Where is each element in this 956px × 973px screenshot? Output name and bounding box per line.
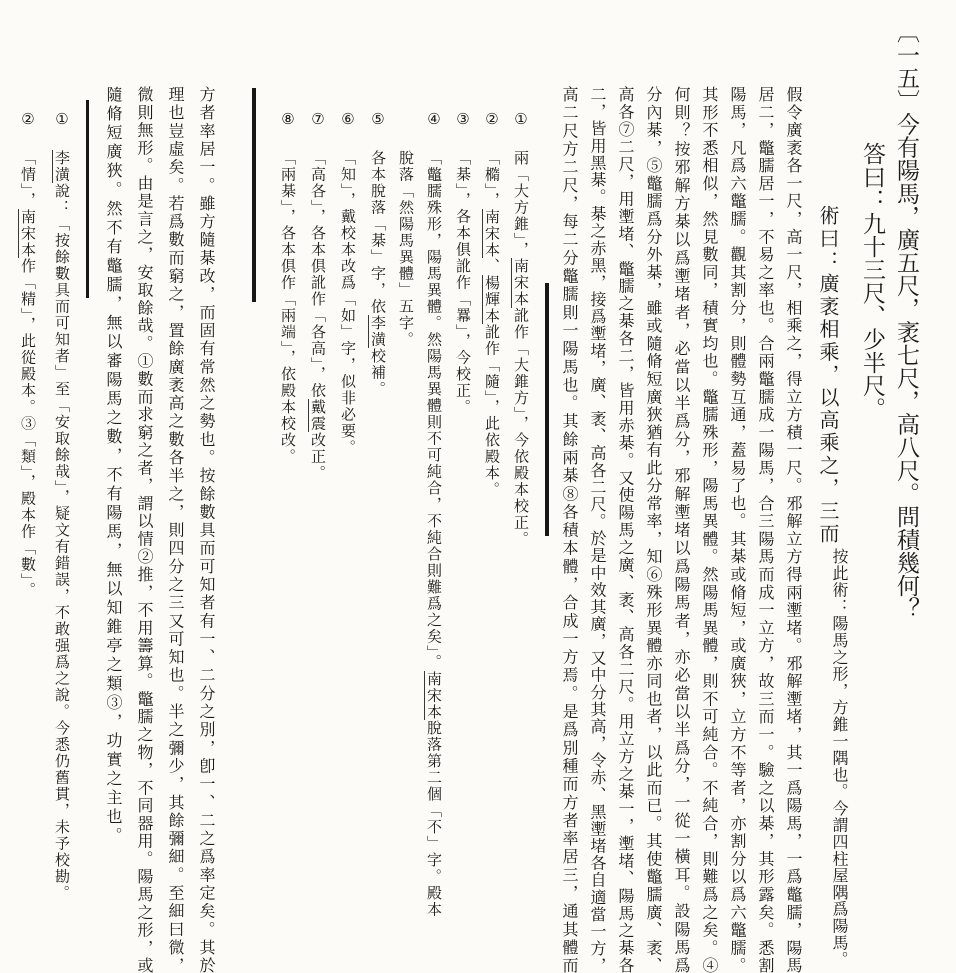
margin-note-2: ② 「情」，南宋本作「精」，此從殿本。③「類」，殿本作「數」。: [14, 108, 42, 599]
commentary-column-1: 假令廣袤各一尺，高一尺，相乘之，得立方積一尺。邪解立方得兩壍堵。邪解壍堵，其一爲…: [780, 86, 806, 973]
note-text: 「棊」，各本俱訛作「羃」，今校正。: [450, 150, 476, 416]
note-number-badge: ⑥: [334, 108, 362, 150]
note-text: 兩「大方錐」，南宋本訛作「大錐方」，今依殿本校正。: [508, 150, 534, 548]
collation-note-4-continued: 脫落「然陽馬異體」五字。: [392, 108, 420, 348]
commentary-column-7: 高各⑦二尺，用壍堵、鼈臑之棊各二，皆用赤棊。又使陽馬之廣、袤、高各二尺。用立方之…: [612, 86, 638, 973]
margin-note-1: ① 李潢說：「按餘數具而可知者」至「安取餘哉」，疑文有錯誤，不敢强爲之說。今悉仍…: [48, 108, 76, 902]
answer-column: 答曰：九十三尺、少半尺。: [852, 142, 892, 420]
note-number-badge: ①: [48, 108, 76, 150]
book-page: 〔一五〕今有陽馬，廣五尺，袤七尺，高八尺。問積幾何？ 答曰：九十三尺、少半尺。 …: [0, 0, 956, 973]
collation-note-1: ① 兩「大方錐」，南宋本訛作「大錐方」，今依殿本校正。: [507, 108, 535, 548]
commentary-column-9: 高二尺方二尺，每二分鼈臑則一陽馬也。其餘兩棊⑧各積本體，合成一方焉。是爲別種而方…: [556, 86, 582, 973]
collation-note-7: ⑦ 「高各」，各本俱訛作「各高」，依戴震改正。: [304, 108, 332, 482]
note-text: 各本脫落「棊」字，依李潢校補。: [365, 150, 391, 398]
note-number-badge: [392, 108, 420, 150]
note-number-badge: ②: [14, 108, 42, 150]
note-number-badge: ④: [420, 108, 448, 150]
note-number-badge: ①: [507, 108, 535, 150]
commentary-continuation-column-1: 方者率居一。雖方隨棊改，而固有常然之勢也。按餘數具而可知者有一、二分之別，卽一、…: [193, 86, 219, 973]
problem-statement-column: 〔一五〕今有陽馬，廣五尺，袤七尺，高八尺。問積幾何？: [886, 20, 926, 620]
collation-note-4: ④ 「鼈臑殊形，陽馬異體。然陽馬異體則不可純合，不純合則難爲之矣」。南宋本脫落第…: [420, 108, 448, 918]
collation-note-8: ⑧ 「兩棊」，各本俱作「兩端」，依殿本校改。: [274, 108, 302, 465]
collation-note-3: ③ 「棊」，各本俱訛作「羃」，今校正。: [449, 108, 477, 416]
commentary-column-6: 分內棊，⑤鼈臑爲分外棊，雖或隨脩短廣狹猶有此分常率，知⑥殊形異體亦同也者，以此而…: [640, 86, 666, 973]
commentary-continuation-column-3: 微則無形。由是言之，安取餘哉。①數而求窮之者，謂以情②推，不用籌算。鼈臑之物，不…: [131, 86, 157, 973]
note-number-badge: ⑧: [274, 108, 302, 150]
commentary-continuation-column-4: 隨脩短廣狹。然不有鼈臑，無以審陽馬之數，不有陽馬，無以知錐亭之類③，功實之主也。: [100, 86, 126, 973]
commentary-continuation-column-2: 理也豈虛矣。若爲數而窮之，置餘廣袤高之數各半之，則四分之三又可知也。半之彌少，其…: [162, 86, 188, 973]
divider-rule-middle: [252, 88, 256, 302]
commentary-column-8: 二，皆用黑棊。棊之赤黑，接爲壍堵，廣、袤、高各二尺。於是中效其廣，又中分其高，令…: [584, 86, 610, 973]
commentary-column-5: 何則？按邪解方棊以爲壍堵者，必當以半爲分，邪解壍堵以爲陽馬者，亦必當以半爲分，一…: [668, 86, 694, 973]
note-text: 「情」，南宋本作「精」，此從殿本。③「類」，殿本作「數」。: [15, 150, 41, 599]
collation-note-6: ⑥ 「知」，戴校本改爲「如」字，似非必要。: [334, 108, 362, 456]
note-number-badge: ③: [449, 108, 477, 150]
collation-note-2: ② 「橢」，南宋本、楊輝本訛作「隨」，此依殿本。: [478, 108, 506, 498]
collation-note-5: ⑤ 各本脫落「棊」字，依李潢校補。: [364, 108, 392, 398]
commentary-intro-column: 按此術：陽馬之形，方錐一隅也。今謂四柱屋隅爲陽馬。: [826, 548, 852, 967]
note-number-badge: ⑦: [304, 108, 332, 150]
divider-rule-left: [86, 100, 89, 298]
method-column: 術曰：廣袤相乘，以高乘之，三而一。: [808, 205, 848, 543]
note-text: 「橢」，南宋本、楊輝本訛作「隨」，此依殿本。: [479, 150, 505, 498]
note-number-badge: ⑤: [364, 108, 392, 150]
note-text: 「兩棊」，各本俱作「兩端」，依殿本校改。: [275, 150, 301, 465]
note-number-badge: ②: [478, 108, 506, 150]
note-text: 「鼈臑殊形，陽馬異體。然陽馬異體則不可純合，不純合則難爲之矣」。南宋本脫落第二個…: [421, 150, 447, 918]
note-text: 「知」，戴校本改爲「如」字，似非必要。: [335, 150, 361, 456]
note-text: 「高各」，各本俱訛作「各高」，依戴震改正。: [305, 150, 331, 482]
divider-rule-right: [545, 283, 549, 536]
note-text: 脫落「然陽馬異體」五字。: [393, 150, 419, 348]
commentary-column-3: 陽馬，凡爲六鼈臑。觀其割分，則體勢互通，蓋易了也。其棊或脩短，或廣狹，立方不等者…: [724, 86, 750, 973]
commentary-column-4: 其形不悉相似，然見數同，積實均也。鼈臑殊形，陽馬異體。然陽馬異體，則不可純合。不…: [696, 86, 722, 973]
commentary-column-2: 居二，鼈臑居一，不易之率也。合兩鼈臑成一陽馬，合三陽馬而成一立方，故三而一。驗之…: [752, 86, 778, 973]
note-text: 李潢說：「按餘數具而可知者」至「安取餘哉」，疑文有錯誤，不敢强爲之說。今悉仍舊貫…: [49, 150, 75, 902]
